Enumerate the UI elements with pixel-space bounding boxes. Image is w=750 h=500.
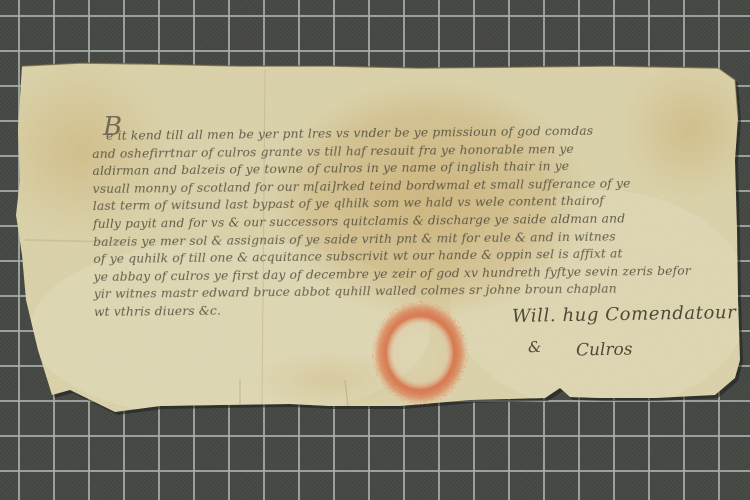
- manuscript-text: e it kend till all men be yer pnt lres v…: [92, 121, 734, 321]
- signature-ampersand: &: [528, 338, 542, 356]
- signature-commendator: Will. hug Comendatour: [512, 302, 737, 327]
- signature-culros: Culros: [576, 340, 633, 361]
